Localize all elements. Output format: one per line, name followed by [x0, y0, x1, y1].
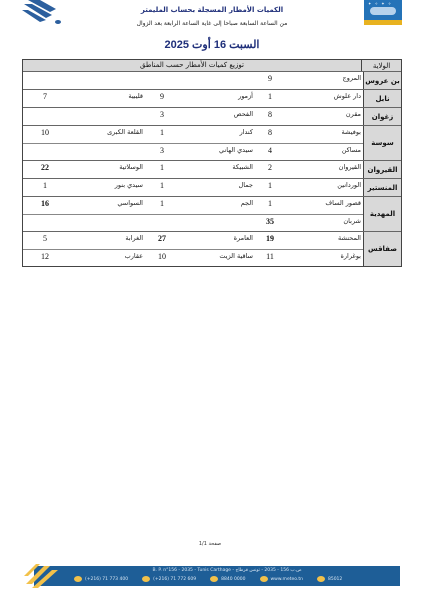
governorate-row: نابلدار علوش1أزمور9قليبية7	[23, 89, 401, 107]
governorate-name: بن عروس	[363, 72, 401, 89]
station-name	[179, 72, 255, 89]
rainfall-value: 7	[23, 90, 67, 107]
station-name: كندار	[179, 126, 255, 143]
footer-address: B. P. n°156 - 2035 - Tunis Carthage - ص.…	[112, 568, 342, 573]
governorate-name: القيروان	[363, 161, 401, 178]
rainfall-value: 1	[145, 179, 179, 196]
station-name: الغرابة	[67, 232, 145, 249]
table-row: بوغرارة11ساقية الزيت10عقارب12	[23, 249, 363, 266]
table-row: مساكن4سيدي الهاني3	[23, 143, 363, 160]
station-name: بوغرارة	[285, 250, 363, 266]
table-row: القيروان2الشبيكة1الوسلاتية22	[23, 161, 363, 178]
table-row: المروج9	[23, 72, 363, 89]
rainfall-value: 11	[255, 250, 285, 266]
column-header-distribution: توزيع كميات الأمطار حسب المناطق	[23, 60, 361, 71]
station-name	[179, 215, 255, 231]
station-name: العامرة	[179, 232, 255, 249]
station-name: الشبيكة	[179, 161, 255, 178]
column-header-governorate: الولاية	[361, 60, 401, 71]
rainfall-value: 22	[23, 161, 67, 178]
station-name: مساكن	[285, 144, 363, 160]
rainfall-value: 10	[145, 250, 179, 266]
governorate-name: المنستير	[363, 179, 401, 196]
rainfall-value: 1	[145, 126, 179, 143]
rainfall-value: 19	[255, 232, 285, 249]
station-name: بوفيشة	[285, 126, 363, 143]
rainfall-value: 1	[23, 179, 67, 196]
station-name: الوسلاتية	[67, 161, 145, 178]
footer-sms: 85012	[328, 577, 342, 582]
station-name: الفحص	[179, 108, 255, 125]
rainfall-value	[23, 215, 67, 231]
table-row: مقرن8الفحص3	[23, 108, 363, 125]
rainfall-value: 10	[23, 126, 67, 143]
station-name: جمال	[179, 179, 255, 196]
table-row: دار علوش1أزمور9قليبية7	[23, 90, 363, 107]
governorate-row: صفاقسالمحنشة19العامرة27الغرابة5بوغرارة11…	[23, 231, 401, 266]
rainfall-value: 27	[145, 232, 179, 249]
report-date: السبت 16 أوت 2025	[100, 38, 324, 51]
station-name: سيدي الهاني	[179, 144, 255, 160]
rainfall-value: 35	[255, 215, 285, 231]
fax-icon	[142, 576, 150, 582]
table-header: الولاية توزيع كميات الأمطار حسب المناطق	[23, 60, 401, 71]
station-name	[67, 215, 145, 231]
sms-icon	[317, 576, 325, 582]
station-name: المروج	[285, 72, 363, 89]
rainfall-value	[23, 72, 67, 89]
station-name: السواسي	[67, 197, 145, 214]
governorate-row: سوسةبوفيشة8كندار1القلعة الكبرى10مساكن4سي…	[23, 125, 401, 160]
governorate-name: المهدية	[363, 197, 401, 231]
inm-logo-right: ✦ ✧ ✦ ✧	[364, 0, 402, 25]
station-name	[67, 108, 145, 125]
governorate-name: سوسة	[363, 126, 401, 160]
station-name: الوردانين	[285, 179, 363, 196]
rainfall-value: 1	[145, 161, 179, 178]
station-name: قصور الساف	[285, 197, 363, 214]
rainfall-value	[23, 108, 67, 125]
governorate-name: نابل	[363, 90, 401, 107]
station-name: سيدي بنور	[67, 179, 145, 196]
footer-banner: B. P. n°156 - 2035 - Tunis Carthage - ص.…	[22, 562, 402, 590]
station-name: مقرن	[285, 108, 363, 125]
governorate-row: المهديةقصور الساف1الجم1السواسي16شربان35	[23, 196, 401, 231]
document-subtitle: من الساعة السابعة صباحا إلى غاية الساعة …	[80, 20, 344, 27]
station-name: دار علوش	[285, 90, 363, 107]
stripes-logo-icon	[22, 0, 68, 26]
governorate-row: بن عروسالمروج9	[23, 71, 401, 89]
station-name: ساقية الزيت	[179, 250, 255, 266]
governorate-row: المنستيرالوردانين1جمال1سيدي بنور1	[23, 178, 401, 196]
rainfall-value: 1	[255, 179, 285, 196]
table-row: شربان35	[23, 214, 363, 231]
rainfall-table: الولاية توزيع كميات الأمطار حسب المناطق …	[22, 59, 402, 267]
rainfall-value: 1	[255, 90, 285, 107]
rainfall-value: 9	[145, 90, 179, 107]
rainfall-value: 9	[255, 72, 285, 89]
station-name: شربان	[285, 215, 363, 231]
station-name: أزمور	[179, 90, 255, 107]
station-name: عقارب	[67, 250, 145, 266]
phone-icon	[74, 576, 82, 582]
table-row: الوردانين1جمال1سيدي بنور1	[23, 179, 363, 196]
rainfall-value: 4	[255, 144, 285, 160]
governorate-row: زغوانمقرن8الفحص3	[23, 107, 401, 125]
footer-website[interactable]: www.meteo.tn	[271, 577, 303, 582]
governorate-name: زغوان	[363, 108, 401, 125]
footer-contacts: (+216) 71 773 400 (+216) 71 772 609 8840…	[74, 576, 342, 582]
rainfall-value: 3	[145, 144, 179, 160]
footer-fax: (+216) 71 772 609	[153, 577, 196, 582]
institute-logo-left	[22, 0, 68, 26]
station-name: قليبية	[67, 90, 145, 107]
rainfall-value: 8	[255, 108, 285, 125]
rainfall-value: 3	[145, 108, 179, 125]
station-name: القلعة الكبرى	[67, 126, 145, 143]
rainfall-value: 12	[23, 250, 67, 266]
footer-hotline: 8840 0000	[221, 577, 245, 582]
station-name: القيروان	[285, 161, 363, 178]
governorate-row: القيروانالقيروان2الشبيكة1الوسلاتية22	[23, 160, 401, 178]
table-row: قصور الساف1الجم1السواسي16	[23, 197, 363, 214]
rainfall-value: 1	[145, 197, 179, 214]
hotline-icon	[210, 576, 218, 582]
web-icon	[260, 576, 268, 582]
page-number: صفحة 1/1	[150, 541, 270, 547]
rainfall-value: 8	[255, 126, 285, 143]
footer-stripes-icon	[22, 562, 62, 590]
station-name: الجم	[179, 197, 255, 214]
rainfall-value: 1	[255, 197, 285, 214]
station-name: المحنشة	[285, 232, 363, 249]
governorate-name: صفاقس	[363, 232, 401, 266]
rainfall-value: 16	[23, 197, 67, 214]
rainfall-value: 2	[255, 161, 285, 178]
table-row: بوفيشة8كندار1القلعة الكبرى10	[23, 126, 363, 143]
document-title: الكميات الأمطار المسجلة بحساب المليمتر	[100, 6, 324, 14]
station-name	[67, 144, 145, 160]
station-name	[67, 72, 145, 89]
rainfall-value	[145, 72, 179, 89]
table-row: المحنشة19العامرة27الغرابة5	[23, 232, 363, 249]
rainfall-value: 5	[23, 232, 67, 249]
rainfall-value	[145, 215, 179, 231]
footer-phone: (+216) 71 773 400	[85, 577, 128, 582]
rainfall-value	[23, 144, 67, 160]
